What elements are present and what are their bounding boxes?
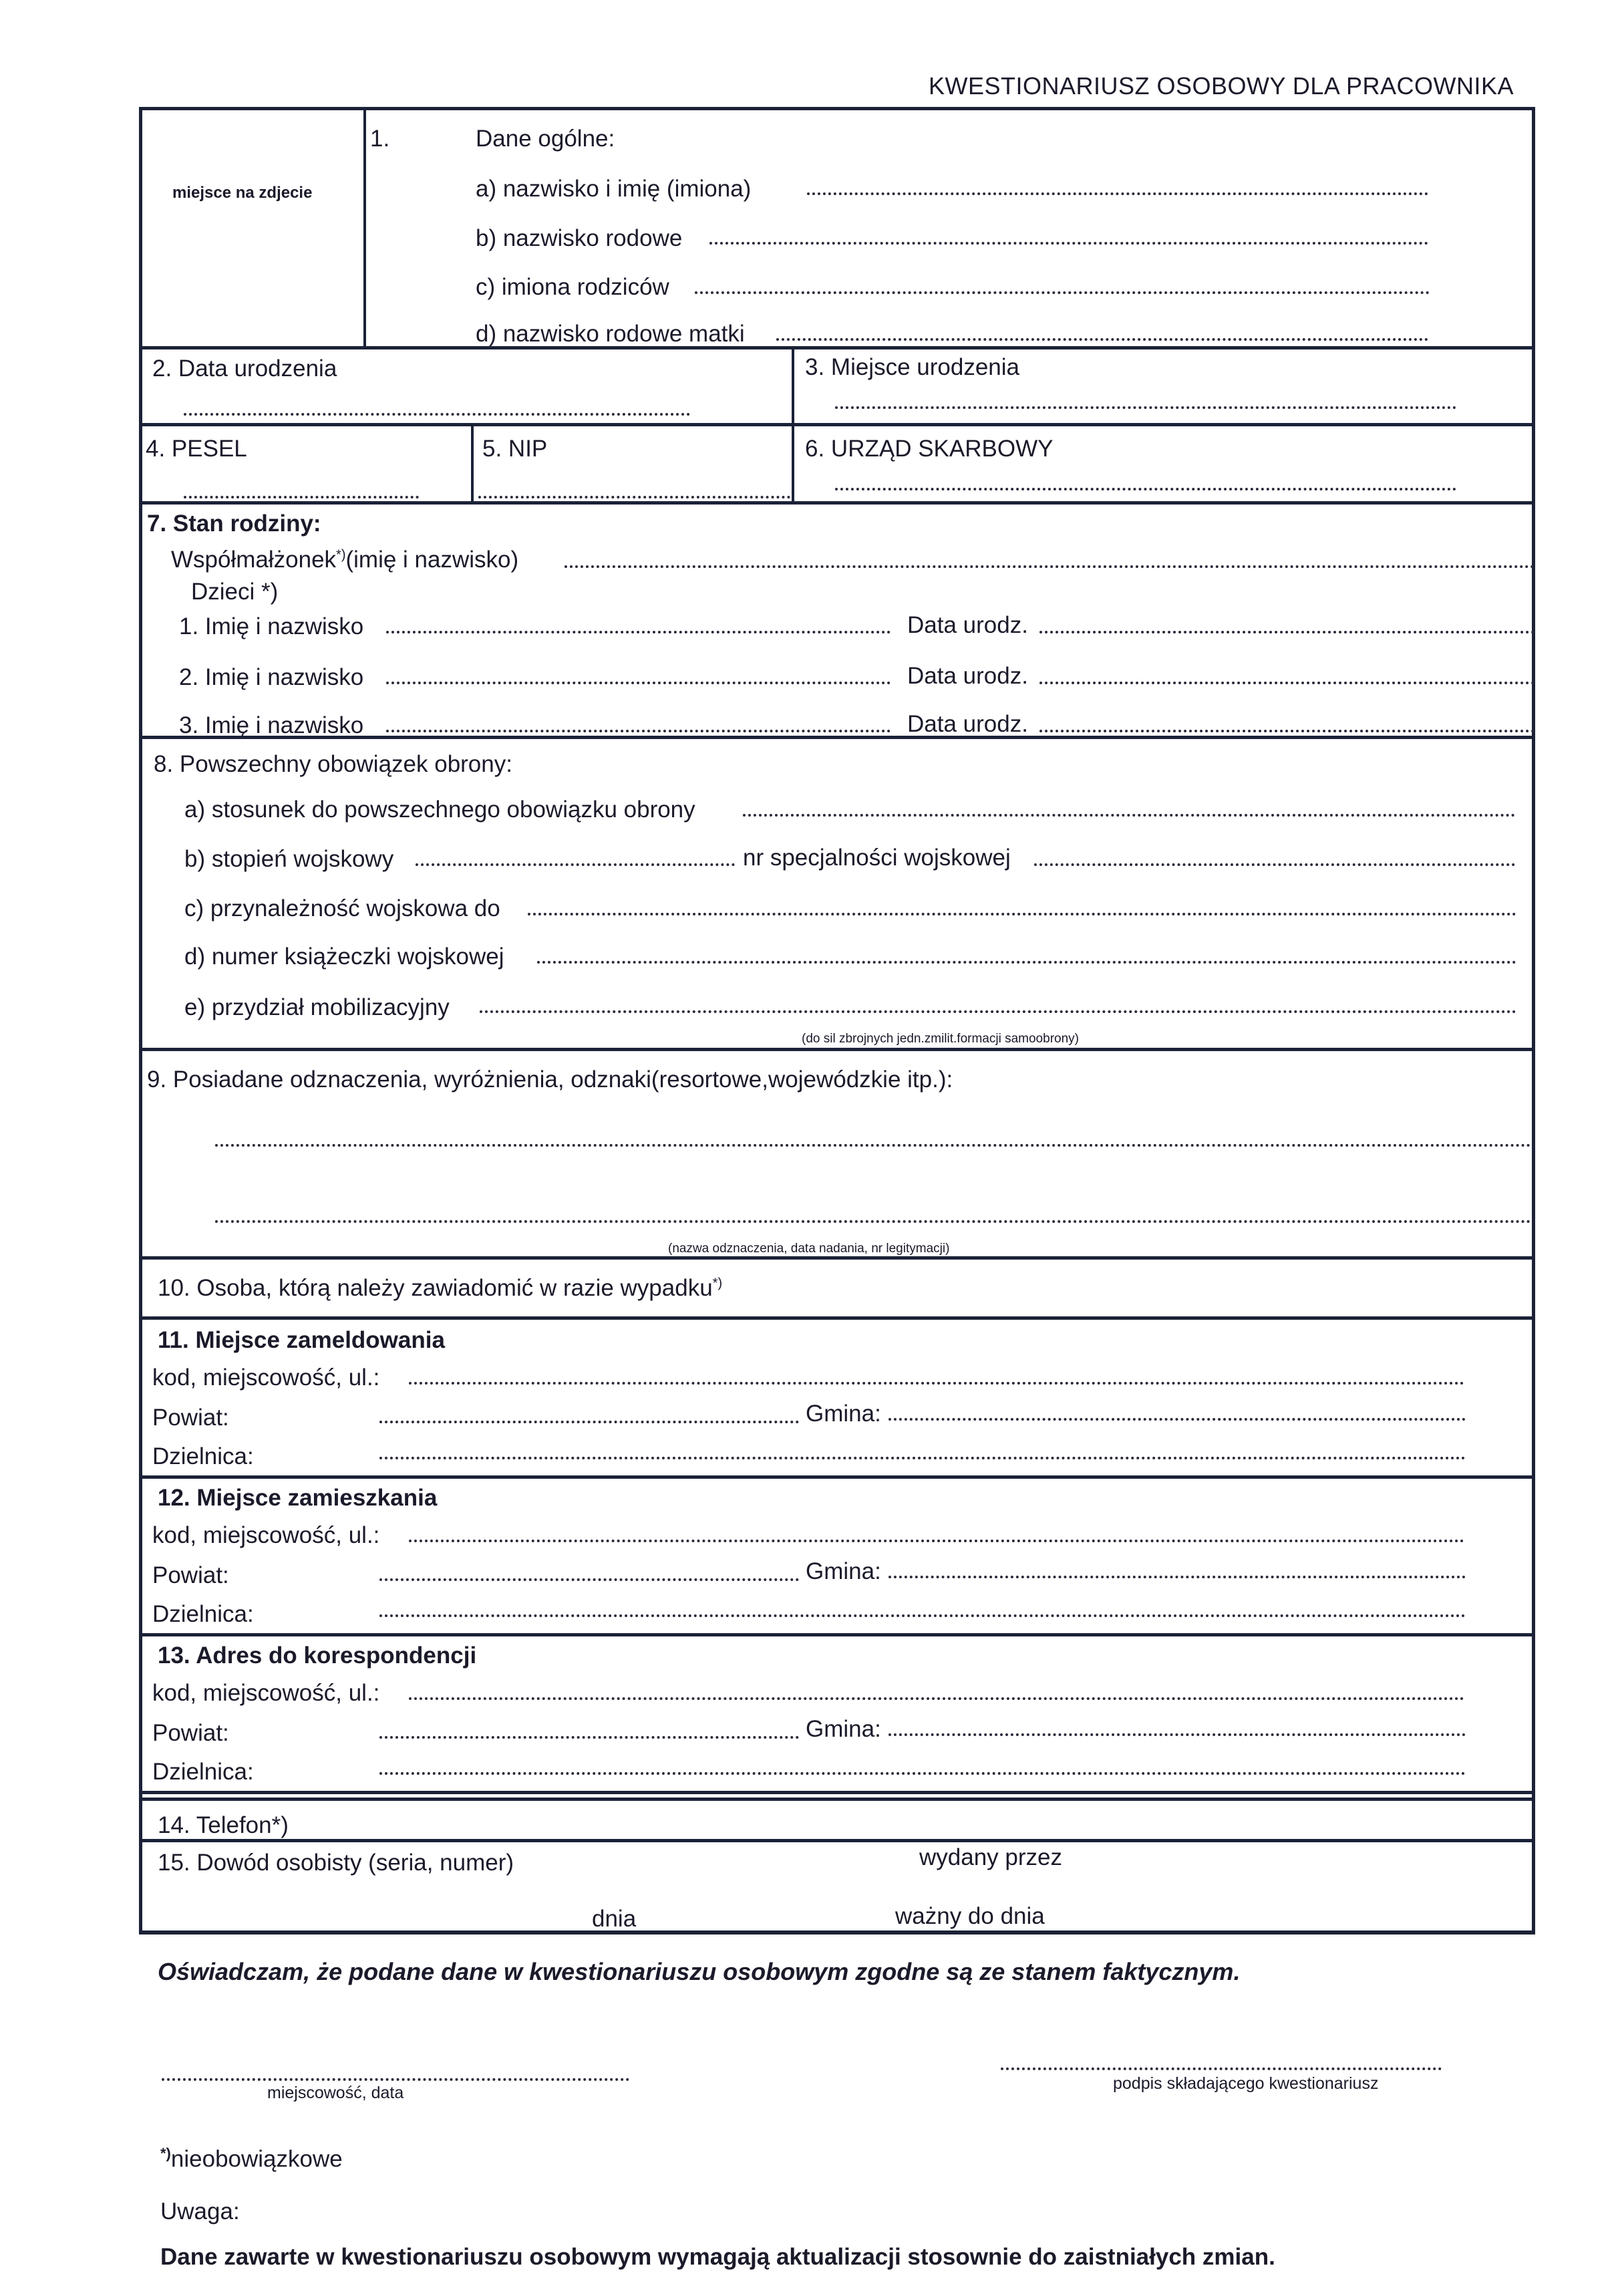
- address-powiat-label: Powiat:: [152, 1405, 229, 1431]
- s8d-label: d) numer książeczki wojskowej: [184, 944, 504, 970]
- s7-child1-name-field[interactable]: [386, 631, 891, 633]
- s8c-label: c) przynależność wojskowa do: [184, 895, 500, 922]
- s8e-label: e) przydział mobilizacyjny: [184, 994, 450, 1021]
- s5-label: 5. NIP: [482, 436, 547, 462]
- s7-child3-name-field[interactable]: [386, 730, 891, 732]
- s7-child3-name-label: 3. Imię i nazwisko: [179, 712, 363, 739]
- s7-spouse-tail: (imię i nazwisko): [346, 547, 519, 573]
- s8c-field[interactable]: [528, 913, 1516, 915]
- divider: [140, 346, 1535, 349]
- s7-child1-name-label: 1. Imię i nazwisko: [179, 613, 363, 640]
- divider: [792, 348, 794, 427]
- s14-label: 14. Telefon*): [158, 1812, 289, 1839]
- footnote: *)nieobowiązkowe: [160, 2145, 343, 2173]
- s1-number: 1.: [370, 126, 389, 152]
- s7-children-label: Dzieci *): [191, 579, 278, 605]
- s1b-label: b) nazwisko rodowe: [476, 225, 682, 252]
- address-gmina-field[interactable]: [889, 1576, 1466, 1578]
- s8e-field[interactable]: [480, 1010, 1516, 1013]
- address-dzielnica-label: Dzielnica:: [152, 1443, 254, 1470]
- signature-field[interactable]: [1001, 2067, 1442, 2070]
- address-powiat-field[interactable]: [379, 1421, 799, 1423]
- s2-label: 2. Data urodzenia: [152, 355, 337, 382]
- s15-issued-by-label: wydany przez: [919, 1844, 1062, 1871]
- divider: [140, 501, 1535, 505]
- s4-field[interactable]: [184, 496, 419, 498]
- address-heading: 13. Adres do korespondencji: [158, 1642, 476, 1669]
- footnote-marker: *): [713, 1276, 722, 1290]
- s7-spouse-field[interactable]: [565, 565, 1535, 568]
- s8b-field[interactable]: [416, 863, 735, 866]
- s1d-label: d) nazwisko rodowe matki: [476, 321, 745, 347]
- divider: [140, 1256, 1535, 1260]
- s1a-label: a) nazwisko i imię (imiona): [476, 176, 751, 202]
- photo-area[interactable]: [143, 111, 362, 346]
- footnote-marker: *): [160, 2145, 171, 2162]
- s8b-label: b) stopień wojskowy: [184, 846, 393, 873]
- address-powiat-field[interactable]: [379, 1578, 799, 1581]
- s7-child2-date-label: Data urodz.: [907, 663, 1028, 690]
- s1c-field[interactable]: [695, 291, 1430, 294]
- signature-label: podpis składającego kwestionariusz: [1113, 2074, 1378, 2094]
- declaration: Oświadczam, że podane dane w kwestionari…: [158, 1958, 1240, 1986]
- s7-spouse-text: Współmałżonek: [171, 547, 336, 573]
- divider: [140, 1475, 1535, 1479]
- divider: [140, 1791, 1535, 1794]
- s8-note: (do sil zbrojnych jedn.zmilit.formacji s…: [802, 1032, 1079, 1046]
- address-kod-field[interactable]: [409, 1540, 1464, 1542]
- address-kod-label: kod, miejscowość, ul.:: [152, 1522, 379, 1549]
- address-kod-label: kod, miejscowość, ul.:: [152, 1680, 379, 1707]
- s7-child3-date-label: Data urodz.: [907, 711, 1028, 738]
- s15-field[interactable]: [601, 1871, 1523, 1898]
- s7-heading: 7. Stan rodziny:: [147, 511, 321, 537]
- address-dzielnica-field[interactable]: [379, 1614, 1466, 1617]
- photo-divider: [363, 108, 366, 349]
- divider: [140, 1798, 1535, 1801]
- s6-field[interactable]: [835, 488, 1456, 490]
- s5-field[interactable]: [478, 496, 790, 498]
- address-gmina-label: Gmina:: [806, 1558, 881, 1585]
- address-kod-label: kod, miejscowość, ul.:: [152, 1365, 379, 1391]
- s8a-label: a) stosunek do powszechnego obowiązku ob…: [184, 797, 695, 823]
- footnote-text: nieobowiązkowe: [171, 2146, 343, 2172]
- divider: [140, 736, 1535, 739]
- s7-child2-date-field[interactable]: [1039, 682, 1535, 684]
- divider: [792, 425, 794, 504]
- s9-field-1[interactable]: [215, 1144, 1531, 1147]
- address-gmina-field[interactable]: [889, 1733, 1466, 1736]
- address-dzielnica-label: Dzielnica:: [152, 1759, 254, 1785]
- address-powiat-label: Powiat:: [152, 1562, 229, 1589]
- address-powiat-label: Powiat:: [152, 1720, 229, 1747]
- s14-field[interactable]: [374, 1804, 1523, 1838]
- address-kod-field[interactable]: [409, 1382, 1464, 1385]
- s10-text: 10. Osoba, którą należy zawiadomić w raz…: [158, 1275, 713, 1301]
- form-title: KWESTIONARIUSZ OSOBOWY DLA PRACOWNIKA: [929, 72, 1514, 100]
- address-gmina-label: Gmina:: [806, 1401, 881, 1427]
- s1c-label: c) imiona rodziców: [476, 274, 669, 301]
- address-dzielnica-field[interactable]: [379, 1772, 1466, 1775]
- divider: [471, 425, 474, 504]
- divider: [140, 1839, 1535, 1842]
- address-heading: 12. Miejsce zamieszkania: [158, 1485, 437, 1512]
- s7-child1-date-field[interactable]: [1039, 631, 1535, 633]
- remark-heading: Uwaga:: [160, 2198, 240, 2225]
- s8b2-label: nr specjalności wojskowej: [743, 845, 1011, 871]
- divider: [140, 1316, 1535, 1320]
- s6-label: 6. URZĄD SKARBOWY: [805, 436, 1053, 462]
- address-kod-field[interactable]: [409, 1697, 1464, 1700]
- s8a-field[interactable]: [743, 814, 1515, 817]
- s9-heading: 9. Posiadane odznaczenia, wyróżnienia, o…: [147, 1066, 953, 1093]
- s15-valid-until-label: ważny do dnia: [895, 1903, 1045, 1930]
- s3-field[interactable]: [835, 406, 1456, 409]
- s7-spouse-label: Współmałżonek*)(imię i nazwisko): [171, 547, 518, 573]
- s3-label: 3. Miejsce urodzenia: [805, 354, 1019, 381]
- divider: [140, 423, 1535, 426]
- remark-text: Dane zawarte w kwestionariuszu osobowym …: [160, 2244, 1275, 2271]
- s1b-field[interactable]: [709, 242, 1428, 245]
- s7-child2-name-field[interactable]: [386, 682, 891, 684]
- footnote-marker: *): [336, 547, 345, 562]
- s1a-field[interactable]: [807, 192, 1428, 195]
- s9-field-2[interactable]: [215, 1220, 1531, 1223]
- s15-day-label: dnia: [592, 1906, 636, 1932]
- divider: [140, 1633, 1535, 1636]
- s1-heading: Dane ogólne:: [476, 126, 615, 152]
- s7-child2-name-label: 2. Imię i nazwisko: [179, 664, 363, 691]
- s7-child3-date-field[interactable]: [1039, 730, 1535, 732]
- s15-label: 15. Dowód osobisty (seria, numer): [158, 1850, 514, 1876]
- s10-label: 10. Osoba, którą należy zawiadomić w raz…: [158, 1275, 722, 1302]
- s7-child1-date-label: Data urodz.: [907, 612, 1028, 639]
- s9-note: (nazwa odznaczenia, data nadania, nr leg…: [668, 1242, 949, 1256]
- s4-label: 4. PESEL: [146, 436, 247, 462]
- address-powiat-field[interactable]: [379, 1736, 799, 1739]
- s8d-field[interactable]: [537, 961, 1516, 964]
- address-gmina-field[interactable]: [889, 1418, 1466, 1421]
- s1d-field[interactable]: [776, 338, 1428, 341]
- s8-heading: 8. Powszechny obowiązek obrony:: [154, 751, 512, 778]
- s8b2-field[interactable]: [1034, 863, 1515, 866]
- address-gmina-label: Gmina:: [806, 1716, 881, 1743]
- s2-field[interactable]: [184, 413, 690, 416]
- place-date-label: miejscowość, data: [267, 2084, 404, 2103]
- address-dzielnica-field[interactable]: [379, 1457, 1466, 1459]
- s10-field[interactable]: [788, 1266, 1530, 1313]
- divider: [140, 1048, 1535, 1051]
- place-date-field[interactable]: [162, 2078, 629, 2081]
- address-heading: 11. Miejsce zameldowania: [158, 1327, 445, 1354]
- address-dzielnica-label: Dzielnica:: [152, 1601, 254, 1628]
